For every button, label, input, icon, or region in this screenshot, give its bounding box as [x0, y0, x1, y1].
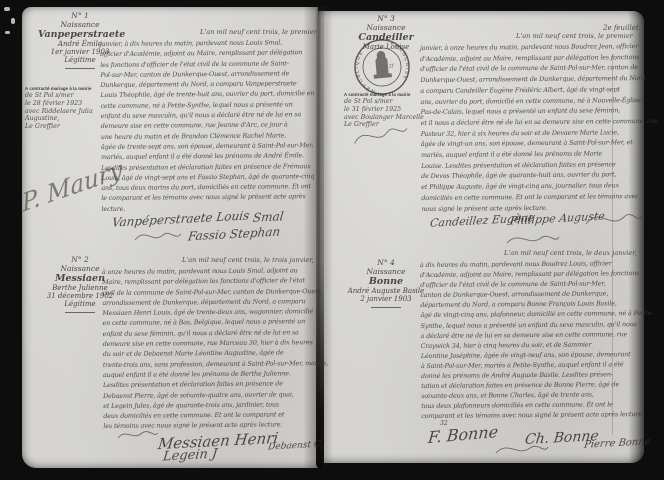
act3-number: N° 3: [348, 14, 424, 23]
act2-margin-rule: [65, 312, 95, 313]
paper-speck: [4, 7, 10, 11]
paper-speck: [11, 18, 15, 24]
act4-margin-rule: [371, 307, 401, 308]
act4-margin-record: N° 4 Naissance Bonne André Auguste Basil…: [340, 258, 432, 308]
act3-opening-line: L'an mil neuf cent trois, le premier: [516, 32, 633, 40]
act1-opening-line: L'an mil neuf cent trois, le premier: [200, 28, 317, 36]
scanned-register-spread: N° 1 Naissance Vanpeperstraete André Émi…: [0, 0, 664, 480]
stamp-value-mark: 2f: [388, 63, 395, 70]
act4-date: 2 janvier 1903: [340, 295, 432, 303]
act2-body-text: à onze heures du matin, pardevant nous L…: [102, 265, 319, 432]
act4-number: N° 4: [340, 258, 432, 267]
act1-margin-rule: [65, 68, 95, 69]
act4-surname: Bonne: [340, 276, 432, 287]
act2-opening-line: L'an mil neuf cent trois, le trois janvi…: [182, 256, 314, 264]
act1-signature-officer: Smal: [252, 209, 284, 225]
act1-body-text: janvier, à dix heures du matin, pardevan…: [100, 37, 318, 214]
act2-signature-witness1: Legein J: [162, 447, 218, 465]
act4-body-text: à dix heures du matin, pardevant nous Bo…: [420, 258, 645, 421]
act1-signature-flourish: [133, 229, 183, 249]
act4-type: Naissance: [340, 267, 432, 276]
act3-body-text: janvier, à onze heures du matin, pardeva…: [420, 41, 645, 214]
stamp-figure-icon: RÉPUBLIQUE FRANÇAISE 2f: [351, 36, 414, 99]
paper-speck: [5, 31, 10, 34]
folio-note: 2e feuillet.: [603, 24, 641, 32]
republique-francaise-stamp: RÉPUBLIQUE FRANÇAISE 2f: [351, 36, 414, 99]
act3-type: Naissance: [348, 23, 424, 32]
act2-signature-flourish: [116, 428, 160, 447]
act2-number: N° 2: [38, 255, 122, 264]
act4-opening-line: L'an mil neuf cent trois, le deux janvie…: [504, 249, 637, 257]
act1-number: N° 1: [38, 11, 122, 20]
act3-signature-flourish: [584, 210, 644, 234]
act1-type: Naissance: [38, 20, 122, 29]
act4-given-names: André Auguste Basile: [340, 287, 432, 295]
